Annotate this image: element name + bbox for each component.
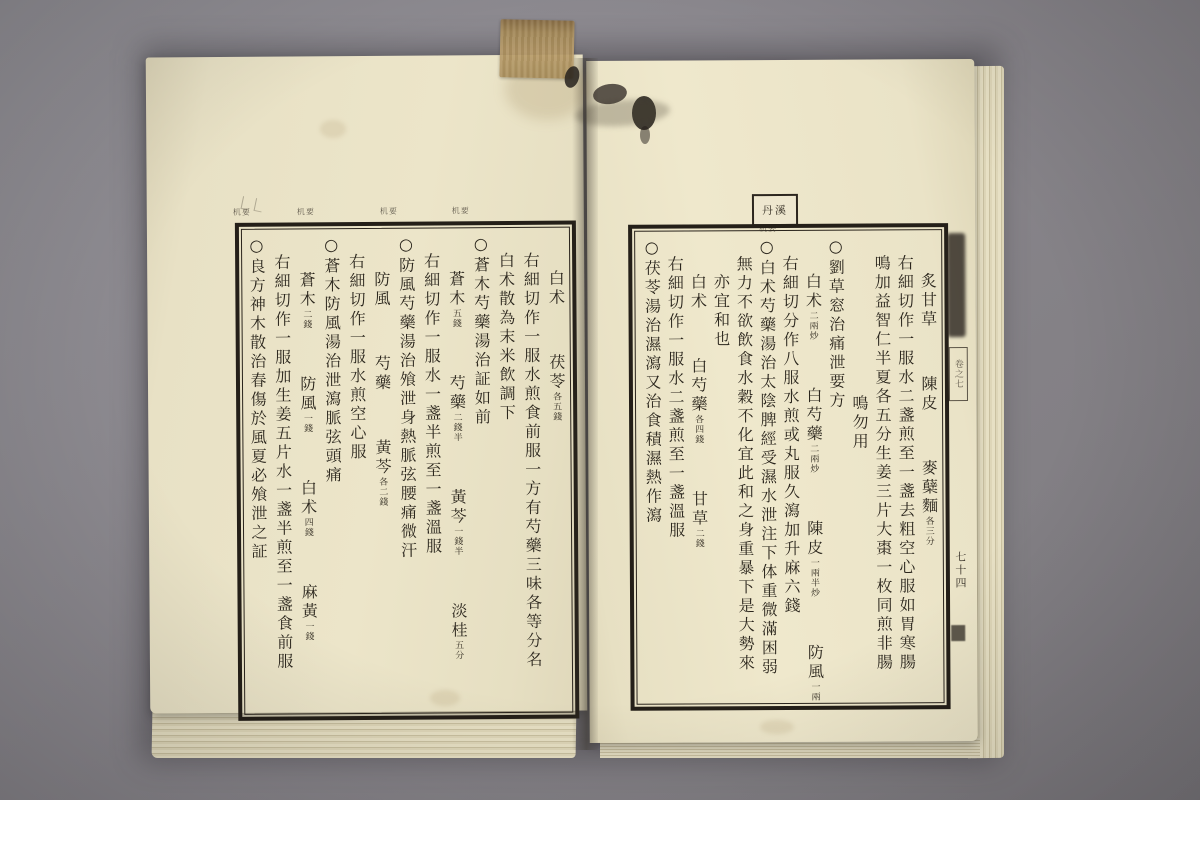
drug-list-column: 蒼木五錢 芍藥二錢半 黃芩一錢半 淡桂五分: [443, 232, 471, 746]
drug-entry: 防風: [372, 271, 391, 309]
drug-entry: 防風一錢: [298, 375, 317, 433]
drug-entry: 白术: [546, 270, 565, 308]
text-column: 右細切作一服水二盞煎至一盞去粗空心服如胃寒腸: [894, 234, 919, 718]
drug-entry: 白术: [688, 273, 707, 311]
drug-entry: 白术二兩炒: [803, 273, 822, 341]
drug-entry: 淡桂五分: [449, 602, 468, 660]
volume-label: 卷之七: [949, 347, 968, 401]
tape-repair: [499, 19, 574, 79]
margin-annotation: 机要: [380, 206, 398, 217]
foxing-spot: [760, 720, 794, 734]
drug-entry: 蒼木二錢: [297, 271, 316, 329]
drug-list-column: 白术 白芍藥各四錢 甘草二錢: [687, 235, 712, 737]
right-page: 丹溪 机要 炙甘草 陳皮 麥蘖麵各三分 右細切作一服水二盞煎至一盞去粗空心服如胃…: [586, 59, 978, 743]
banxin-strip: 卷之七 七十四: [945, 229, 973, 681]
foxing-spot: [430, 690, 460, 706]
drug-entry: 炙甘草: [918, 272, 937, 329]
text-column: 右細切作一服加生姜五片水一盞半煎至一盞食前服: [269, 234, 296, 730]
text-column: 右細切作一服水一盞半煎至一盞溫服: [418, 232, 445, 728]
spine-shadow: [572, 58, 598, 750]
text-column: 右細切作一服水煎食前服一方有芍藥三味各等分名: [518, 232, 545, 728]
text-column: 鳴加益智仁半夏各五分生姜三片大棗一枚同煎非腸: [871, 234, 896, 718]
text-column: 右細切分作八服水煎或丸服久瀉加升麻六錢: [779, 235, 804, 719]
formula-heading-column: ○防風芍藥湯治飧泄身熱脈弦腰痛微汗: [393, 233, 420, 711]
drug-entry: 黃芩各二錢: [373, 439, 392, 507]
drug-entry: 白芍藥各四錢: [689, 357, 708, 444]
faint-scribble: [254, 198, 264, 212]
left-page: 机要 机要 机要 机要 白术 茯苓各五錢 右細切作一服水煎食前服一方有芍藥三味各…: [146, 54, 588, 713]
formula-heading-column: ○白术芍藥湯治太陰脾經受濕水泄注下体重微滿困弱: [756, 235, 780, 701]
text-column: 無力不欲飲食水穀不化宜此和之身重暴下是大勢來: [733, 235, 758, 719]
drug-entry: 芍藥: [372, 355, 391, 393]
danxi-stamp-box: 丹溪: [752, 194, 798, 226]
text-column: 右細切作一服水二盞煎至一盞溫服: [664, 235, 689, 719]
drug-entry: 茯苓各五錢: [547, 354, 566, 422]
drug-list-column: 防風 芍藥 黃芩各二錢: [369, 233, 397, 747]
drug-entry: 麥蘖麵各三分: [919, 459, 938, 546]
ink-mark: [951, 625, 965, 641]
right-text-frame: 炙甘草 陳皮 麥蘖麵各三分 右細切作一服水二盞煎至一盞去粗空心服如胃寒腸 鳴加益…: [628, 223, 951, 711]
formula-heading-column: ○蒼木防風湯治泄瀉脈弦頭痛: [319, 233, 346, 711]
ink-stain: [640, 126, 650, 144]
right-columns: 炙甘草 陳皮 麥蘖麵各三分 右細切作一服水二盞煎至一盞去粗空心服如胃寒腸 鳴加益…: [632, 227, 946, 707]
drug-entry: 防風一兩: [805, 644, 824, 702]
left-text-frame: 白术 茯苓各五錢 右細切作一服水煎食前服一方有芍藥三味各等分名 白术散為末米飲調…: [235, 221, 579, 721]
text-column: 白术散為末米飲調下: [493, 232, 520, 728]
formula-heading-column: ○茯苓湯治濕瀉又治食積濕熱作瀉: [641, 236, 665, 702]
margin-annotation: 机要: [297, 206, 315, 217]
ink-smudge: [947, 233, 966, 337]
drug-entry: 白术四錢: [298, 479, 317, 537]
drug-list-column: 白术二兩炒 白芍藥二兩炒 陳皮一兩半炒 防風一兩: [802, 235, 827, 737]
drug-list-column: 炙甘草 陳皮 麥蘖麵各三分: [917, 234, 942, 736]
text-column: 亦宜和也: [710, 235, 735, 737]
margin-annotation: 机要: [452, 205, 470, 216]
drug-entry: 陳皮一兩半炒: [805, 520, 824, 598]
formula-heading-column: ○蒼木芍藥湯治証如前: [468, 232, 495, 710]
left-columns: 白术 茯苓各五錢 右細切作一服水煎食前服一方有芍藥三味各等分名 白术散為末米飲調…: [239, 225, 575, 717]
drug-list-column: 白术 茯苓各五錢: [543, 232, 571, 746]
formula-heading-column: ○良方神木散治春傷於風夏必飧泄之証: [244, 234, 271, 712]
formula-heading-column: ○劉草窓治痛泄要方: [825, 235, 849, 701]
text-column: 鳴勿用: [848, 235, 873, 800]
drug-list-column: 蒼木二錢 防風一錢 白术四錢 麻黃一錢: [294, 233, 322, 747]
photograph-background: 机要 机要 机要 机要 白术 茯苓各五錢 右細切作一服水煎食前服一方有芍藥三味各…: [0, 0, 1200, 800]
drug-entry: 陳皮: [919, 375, 938, 413]
page-number: 七十四: [952, 551, 968, 590]
drug-entry: 芍藥二錢半: [447, 374, 466, 442]
drug-entry: 甘草二錢: [689, 490, 708, 548]
foxing-spot: [320, 120, 346, 138]
drug-entry: 麻黃一錢: [299, 583, 318, 641]
drug-entry: 白芍藥二兩炒: [804, 387, 823, 474]
drug-entry: 黃芩一錢半: [448, 488, 467, 556]
text-column: 右細切作一服水煎空心服: [344, 233, 371, 729]
drug-entry: 蒼木五錢: [447, 270, 466, 328]
